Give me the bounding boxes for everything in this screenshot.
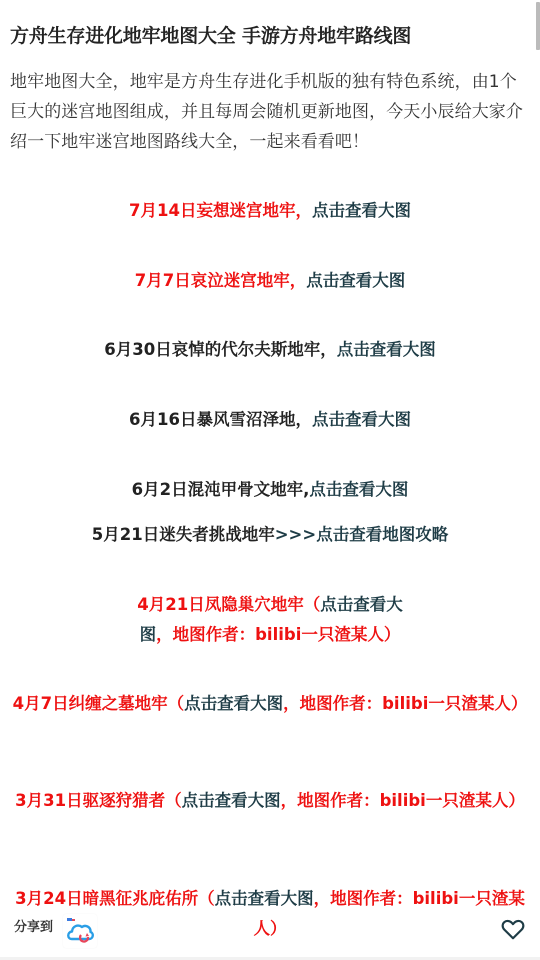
intro-paragraph: 地牢地图大全，地牢是方舟生存进化手机版的独有特色系统，由1个巨大的迷宫地图组成，… xyxy=(10,67,530,157)
cloud-sync-icon xyxy=(63,914,97,948)
entry-title: 7月14日妄想迷宫地牢， xyxy=(129,201,312,220)
like-button[interactable] xyxy=(500,916,526,942)
entry-title: 4月21日凤隐巢穴地牢（ xyxy=(137,595,320,614)
entry-author: ，地图作者：bilibi一只渣某人） xyxy=(283,694,527,713)
view-map-link[interactable]: 点击查看大图 xyxy=(182,791,281,810)
entry-3: 6月16日暴风雪沼泽地，点击查看大图 xyxy=(0,405,540,435)
entry-title: 5月21日迷失者挑战地牢 xyxy=(92,525,275,544)
entry-title: 6月2日混沌甲骨文地牢, xyxy=(132,480,310,499)
view-guide-link[interactable]: >>>点击查看地图攻略 xyxy=(275,525,448,544)
entry-author: ，地图作者：bilibi一只渣某人） xyxy=(156,625,400,644)
heart-outline-icon xyxy=(500,916,526,942)
view-map-link[interactable]: 点击查看大图 xyxy=(312,410,411,429)
entry-4: 6月2日混沌甲骨文地牢,点击查看大图 xyxy=(0,475,540,505)
entry-7: 4月7日纠缠之墓地牢（点击查看大图，地图作者：bilibi一只渣某人） xyxy=(8,689,532,719)
bottom-action-bar: 分享到 xyxy=(0,902,540,960)
entry-1: 7月7日哀泣迷宫地牢，点击查看大图 xyxy=(0,266,540,296)
view-map-link[interactable]: 点击查看大图 xyxy=(309,480,408,499)
entry-8: 3月31日驱逐狩猎者（点击查看大图，地图作者：bilibi一只渣某人） xyxy=(8,786,532,816)
scrollbar[interactable] xyxy=(536,2,540,50)
entry-author: ，地图作者：bilibi一只渣某人） xyxy=(281,791,525,810)
page-title: 方舟生存进化地牢地图大全 手游方舟地牢路线图 xyxy=(10,22,530,50)
share-label: 分享到 xyxy=(14,918,53,938)
entry-title: 6月30日哀悼的代尔夫斯地牢， xyxy=(104,340,336,359)
view-map-link[interactable]: 点击查看大图 xyxy=(184,694,283,713)
entry-0: 7月14日妄想迷宫地牢，点击查看大图 xyxy=(0,196,540,226)
view-map-link[interactable]: 点击查看大图 xyxy=(306,271,405,290)
view-map-link[interactable]: 点击查看大图 xyxy=(337,340,436,359)
entry-title: 6月16日暴风雪沼泽地， xyxy=(129,410,312,429)
entry-6: 4月21日凤隐巢穴地牢（点击查看大图，地图作者：bilibi一只渣某人） xyxy=(8,590,532,650)
entry-title: 4月7日纠缠之墓地牢（ xyxy=(13,694,184,713)
share-cloud-button[interactable] xyxy=(63,914,97,948)
view-map-link[interactable]: 点击查看大图 xyxy=(312,201,411,220)
entry-5: 5月21日迷失者挑战地牢>>>点击查看地图攻略 xyxy=(0,520,540,550)
entry-2: 6月30日哀悼的代尔夫斯地牢，点击查看大图 xyxy=(0,335,540,365)
entry-title: 7月7日哀泣迷宫地牢， xyxy=(135,271,306,290)
entry-title: 3月31日驱逐狩猎者（ xyxy=(15,791,181,810)
